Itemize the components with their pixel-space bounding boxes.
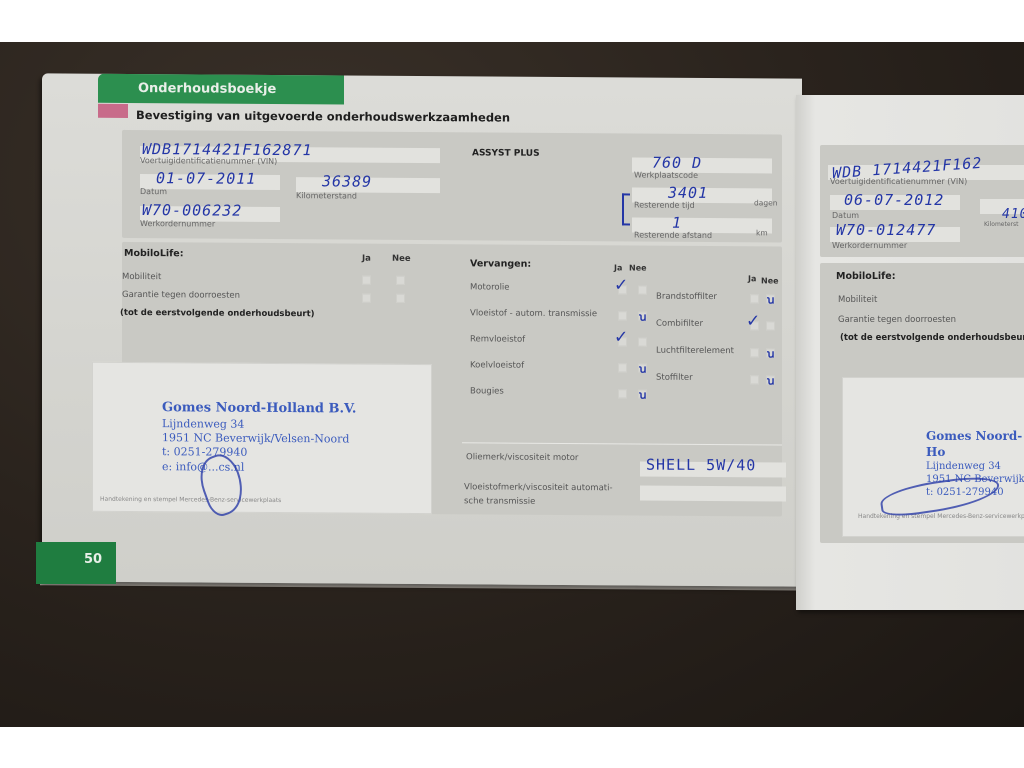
mobility-nee-checkbox[interactable] <box>396 276 405 285</box>
mobilolife-col-nee: Nee <box>392 254 411 264</box>
nee-mark-icon: ꭒ <box>767 348 774 359</box>
right-page: WDB 1714421F162 Voertuigidentificatienum… <box>796 95 1024 610</box>
transmission-oil-label-2: sche transmissie <box>464 496 535 506</box>
replaced-ja-checkbox[interactable] <box>618 363 627 372</box>
remaining-distance-unit: km <box>756 228 768 237</box>
mobilolife-item-rust: Garantie tegen doorroesten <box>122 290 240 301</box>
replaced-col-ja: Ja <box>614 263 622 272</box>
section-title: Bevestiging van uitgevoerde onderhoudswe… <box>136 108 510 125</box>
replaced-item-label: Bougies <box>470 386 504 396</box>
right-stamp-dealer-name: Gomes Noord-Ho <box>926 429 1024 460</box>
engine-oil-value: SHELL 5W/40 <box>646 456 756 475</box>
dealer-stamp: Gomes Noord-Holland B.V. Lijndenweg 34 1… <box>162 400 356 475</box>
replaced-item-label: Remvloeistof <box>470 334 525 344</box>
checkmark-icon: ✓ <box>746 313 760 330</box>
remaining-time-unit: dagen <box>754 198 778 207</box>
replaced-ja-checkbox[interactable] <box>750 375 759 384</box>
nee-mark-icon: ꭒ <box>767 375 774 386</box>
nee-mark-icon: ꭒ <box>639 390 646 401</box>
replaced-item-label: Motorolie <box>470 282 510 292</box>
transmission-oil-field[interactable] <box>640 486 786 502</box>
replaced-nee-checkbox[interactable] <box>766 321 775 330</box>
replaced-item-label: Luchtfilterelement <box>656 346 734 357</box>
rust-ja-checkbox[interactable] <box>362 294 371 303</box>
right-mobilolife-item-mobility: Mobiliteit <box>838 295 877 305</box>
page-number: 50 <box>36 542 116 584</box>
replaced-ja-checkbox[interactable] <box>750 348 759 357</box>
replaced-item-label: Vloeistof - autom. transmissie <box>470 308 597 319</box>
assyst-title: ASSYST PLUS <box>472 148 540 158</box>
replaced-col-nee: Nee <box>629 263 647 272</box>
checkmark-icon: ✓ <box>614 277 628 294</box>
remaining-time-value: 3401 <box>668 184 708 202</box>
header-tab: Onderhoudsboekje <box>98 74 344 105</box>
checkmark-icon: ✓ <box>614 329 628 346</box>
workshop-code-label: Werkplaatscode <box>634 170 698 179</box>
remaining-distance-value: 1 <box>672 214 682 232</box>
engine-oil-label: Oliemerk/viscositeit motor <box>466 452 578 463</box>
remaining-time-label: Resterende tijd <box>634 200 695 209</box>
replaced-item-label: Brandstoffilter <box>656 292 717 302</box>
replaced-ja-checkbox[interactable] <box>618 311 627 320</box>
mobilolife-note: (tot de eerstvolgende onderhoudsbeurt) <box>120 308 315 319</box>
right-vin-label: Voertuigidentificatienummer (VIN) <box>830 177 967 186</box>
order-value: W70-006232 <box>142 201 242 220</box>
transmission-oil-label-1: Vloeistofmerk/viscositeit automati- <box>464 482 613 493</box>
mileage-label: Kilometerstand <box>296 191 357 200</box>
remaining-distance-label: Resterende afstand <box>634 230 712 240</box>
bracket-arrow-icon <box>622 193 630 225</box>
stamp-dealer-name: Gomes Noord-Holland B.V. <box>162 400 356 418</box>
right-stamp-street: Lijndenweg 34 <box>926 460 1024 473</box>
stamp-phone: t: 0251-279940 <box>162 446 356 462</box>
replaced-item-label: Combifilter <box>656 319 703 329</box>
date-value: 01-07-2011 <box>156 169 256 188</box>
right-mobilolife-item-rust: Garantie tegen doorroesten <box>838 315 956 325</box>
order-label: Werkordernummer <box>140 219 215 229</box>
right-mileage-label: Kilometerst <box>984 221 1018 228</box>
right-order-label: Werkordernummer <box>832 241 907 250</box>
replaced-ja-checkbox[interactable] <box>618 389 627 398</box>
replaced-item-label: Koelvloeistof <box>470 360 524 370</box>
date-label: Datum <box>140 187 167 196</box>
rust-nee-checkbox[interactable] <box>396 294 405 303</box>
replaced-title: Vervangen: <box>470 258 531 269</box>
right-mobilolife-title: MobiloLife: <box>836 271 896 282</box>
left-page: Onderhoudsboekje Bevestiging van uitgevo… <box>42 73 802 586</box>
nee-mark-icon: ꭒ <box>767 294 774 305</box>
right-date-value: 06-07-2012 <box>844 191 944 209</box>
mileage-value: 36389 <box>322 172 372 190</box>
replaced-col-nee-2: Nee <box>761 276 779 285</box>
replaced-ja-checkbox[interactable] <box>750 294 759 303</box>
right-stamp-caption: Handtekening en stempel Mercedes-Benz-se… <box>858 513 1024 520</box>
replaced-item-label: Stoffilter <box>656 373 693 383</box>
replaced-nee-checkbox[interactable] <box>638 286 647 295</box>
stamp-caption: Handtekening en stempel Mercedes-Benz-se… <box>100 496 281 504</box>
nee-mark-icon: ꭒ <box>639 312 646 323</box>
stamp-email: e: info@...cs.nl <box>162 460 356 476</box>
right-mobilolife-note: (tot de eerstvolgende onderhoudsbeurt) <box>840 333 1024 343</box>
stamp-city: 1951 NC Beverwijk/Velsen-Noord <box>162 431 356 447</box>
right-order-value: W70-012477 <box>836 221 936 239</box>
mobilolife-item-mobility: Mobiliteit <box>122 272 161 282</box>
mobility-ja-checkbox[interactable] <box>362 276 371 285</box>
nee-mark-icon: ꭒ <box>639 364 646 375</box>
mobilolife-col-ja: Ja <box>362 254 371 264</box>
vin-label: Voertuigidentificatienummer (VIN) <box>140 156 277 166</box>
right-mileage-value: 410 <box>1002 207 1024 222</box>
mobilolife-title: MobiloLife: <box>124 248 184 259</box>
workshop-code-value: 760 D <box>652 154 702 172</box>
replaced-col-ja-2: Ja <box>748 274 756 283</box>
replaced-nee-checkbox[interactable] <box>638 338 647 347</box>
stamp-street: Lijndenweg 34 <box>162 417 356 433</box>
right-date-label: Datum <box>832 211 859 220</box>
pink-marker <box>98 104 128 118</box>
